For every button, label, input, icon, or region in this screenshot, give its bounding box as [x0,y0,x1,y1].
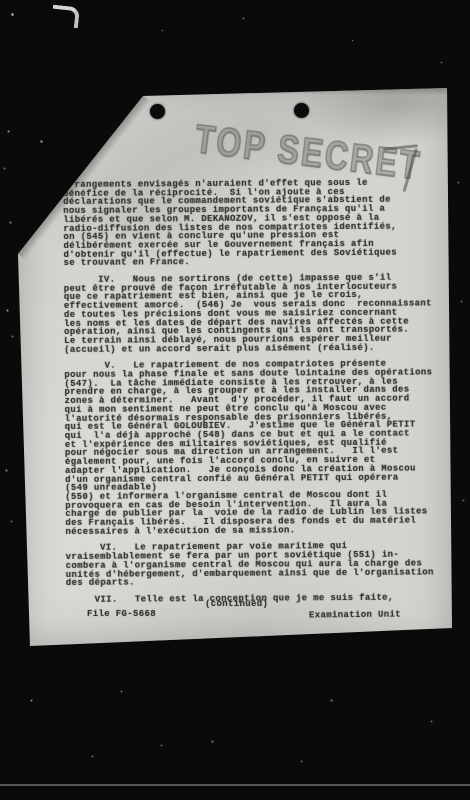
typewritten-body: arrangements envisagés n'auraient d'effe… [63,178,456,612]
continued-note: (continued) [205,599,268,609]
film-dust-specks [0,0,1,1]
paragraph-v: V. Le rapatriement de nos compatriotes p… [64,360,455,537]
punch-hole-right [294,103,309,118]
document-page: TOP SECRET arrangements envisagés n'aura… [18,88,452,646]
film-scratch-mark [51,5,80,29]
paragraph-vi: VI. Le rapatriement par voie maritime qu… [66,542,456,588]
examination-unit-label: Examination Unit [309,610,401,621]
microfilm-frame: TOP SECRET arrangements envisagés n'aura… [0,0,470,800]
paragraph-iv: IV. Nous ne sortirons (de cette) impasse… [64,273,455,354]
punch-hole-left [150,104,165,119]
film-frame-line [0,784,470,786]
page-top-edge-shadow [18,88,452,95]
paragraph-continuation: arrangements envisagés n'auraient d'effe… [63,178,454,268]
file-number: File FG-5668 [87,609,156,619]
